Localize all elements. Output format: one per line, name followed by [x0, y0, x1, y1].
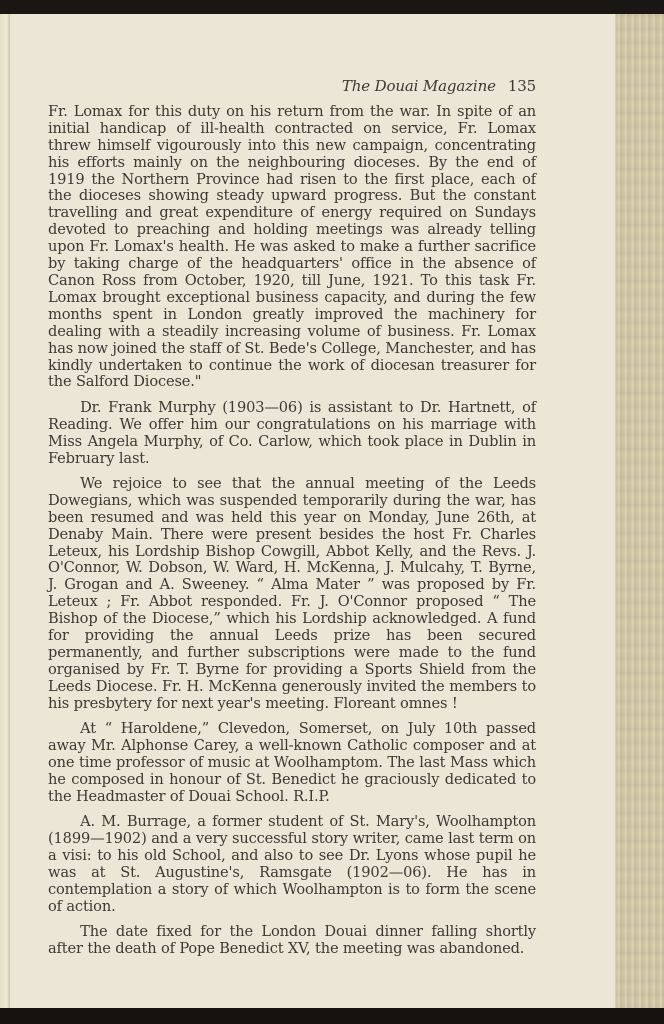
page-number: 135 [508, 77, 536, 95]
book-cover-edge [0, 1008, 664, 1024]
paragraph-leeds: We rejoice to see that the annual meetin… [48, 476, 536, 713]
paragraph-lomax: Fr. Lomax for this duty on his return fr… [48, 104, 536, 391]
book-page: The Douai Magazine135 Fr. Lomax for this… [0, 14, 664, 1008]
paragraph-murphy: Dr. Frank Murphy (1903—06) is assistant … [48, 400, 536, 468]
paragraph-burrage: A. M. Burrage, a former student of St. M… [48, 814, 536, 915]
page-body: The Douai Magazine135 Fr. Lomax for this… [48, 78, 536, 966]
page-gutter [0, 14, 10, 1008]
running-head: The Douai Magazine135 [48, 78, 536, 95]
paragraph-carey: At “ Haroldene,” Clevedon, Somerset, on … [48, 721, 536, 806]
magazine-title: The Douai Magazine [342, 77, 496, 95]
paragraph-dinner: The date fixed for the London Douai dinn… [48, 924, 536, 958]
page-edges [615, 14, 664, 1008]
